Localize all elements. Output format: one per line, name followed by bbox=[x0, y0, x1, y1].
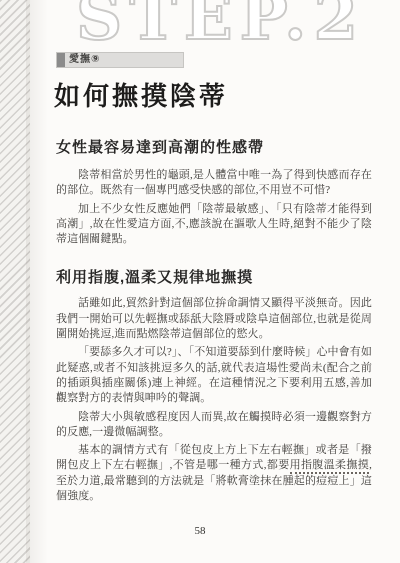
page-number: 58 bbox=[0, 525, 400, 537]
section2-paragraph-4: 基本的調情方式有「從包皮上方上下左右輕撫」或者是「撥開包皮上下左右輕撫」,不管是… bbox=[56, 443, 372, 504]
section2-paragraph-2: 「要舔多久才可以?」、「不知道要舔到什麼時候」心中會有如此疑惑,或者不知該挑逗多… bbox=[56, 345, 372, 406]
section2-heading: 利用指腹,溫柔又規律地撫摸 bbox=[56, 268, 372, 287]
section1-paragraph-2: 加上不少女性反應她們「陰蒂最敏感」、「只有陰蒂才能得到高潮」,故在性愛這方面,不… bbox=[56, 202, 372, 248]
book-page: STEP.2 愛撫⑨ 如何撫摸陰蒂 女性最容易達到高潮的性感帶 陰蒂相當於男性的… bbox=[0, 0, 400, 563]
section-badge: 愛撫⑨ bbox=[56, 52, 184, 68]
step-watermark: STEP.2 bbox=[76, 0, 365, 55]
section1-paragraph-1: 陰蒂相當於男性的龜頭,是人體當中唯一為了得到快感而存在的部位。既然有一個專門感受… bbox=[56, 168, 372, 199]
page-content: 女性最容易達到高潮的性感帶 陰蒂相當於男性的龜頭,是人體當中唯一為了得到快感而存… bbox=[56, 138, 372, 507]
page-title: 如何撫摸陰蒂 bbox=[54, 76, 228, 113]
section2-paragraph-1: 話雖如此,貿然針對這個部位拚命調情又顯得平淡無奇。因此我們一開始可以先輕撫或舔舐… bbox=[56, 296, 372, 342]
badge-square-icon bbox=[57, 53, 65, 67]
badge-label: 愛撫⑨ bbox=[69, 53, 100, 67]
page-gutter-shadow bbox=[26, 0, 48, 563]
section1-heading: 女性最容易達到高潮的性感帶 bbox=[56, 138, 372, 157]
emphasized-text: 用指腹溫柔撫摸 bbox=[290, 459, 370, 474]
section2-paragraph-3: 陰蒂大小與敏感程度因人而異,故在觸摸時必須一邊觀察對方的反應,一邊微幅調整。 bbox=[56, 410, 372, 441]
